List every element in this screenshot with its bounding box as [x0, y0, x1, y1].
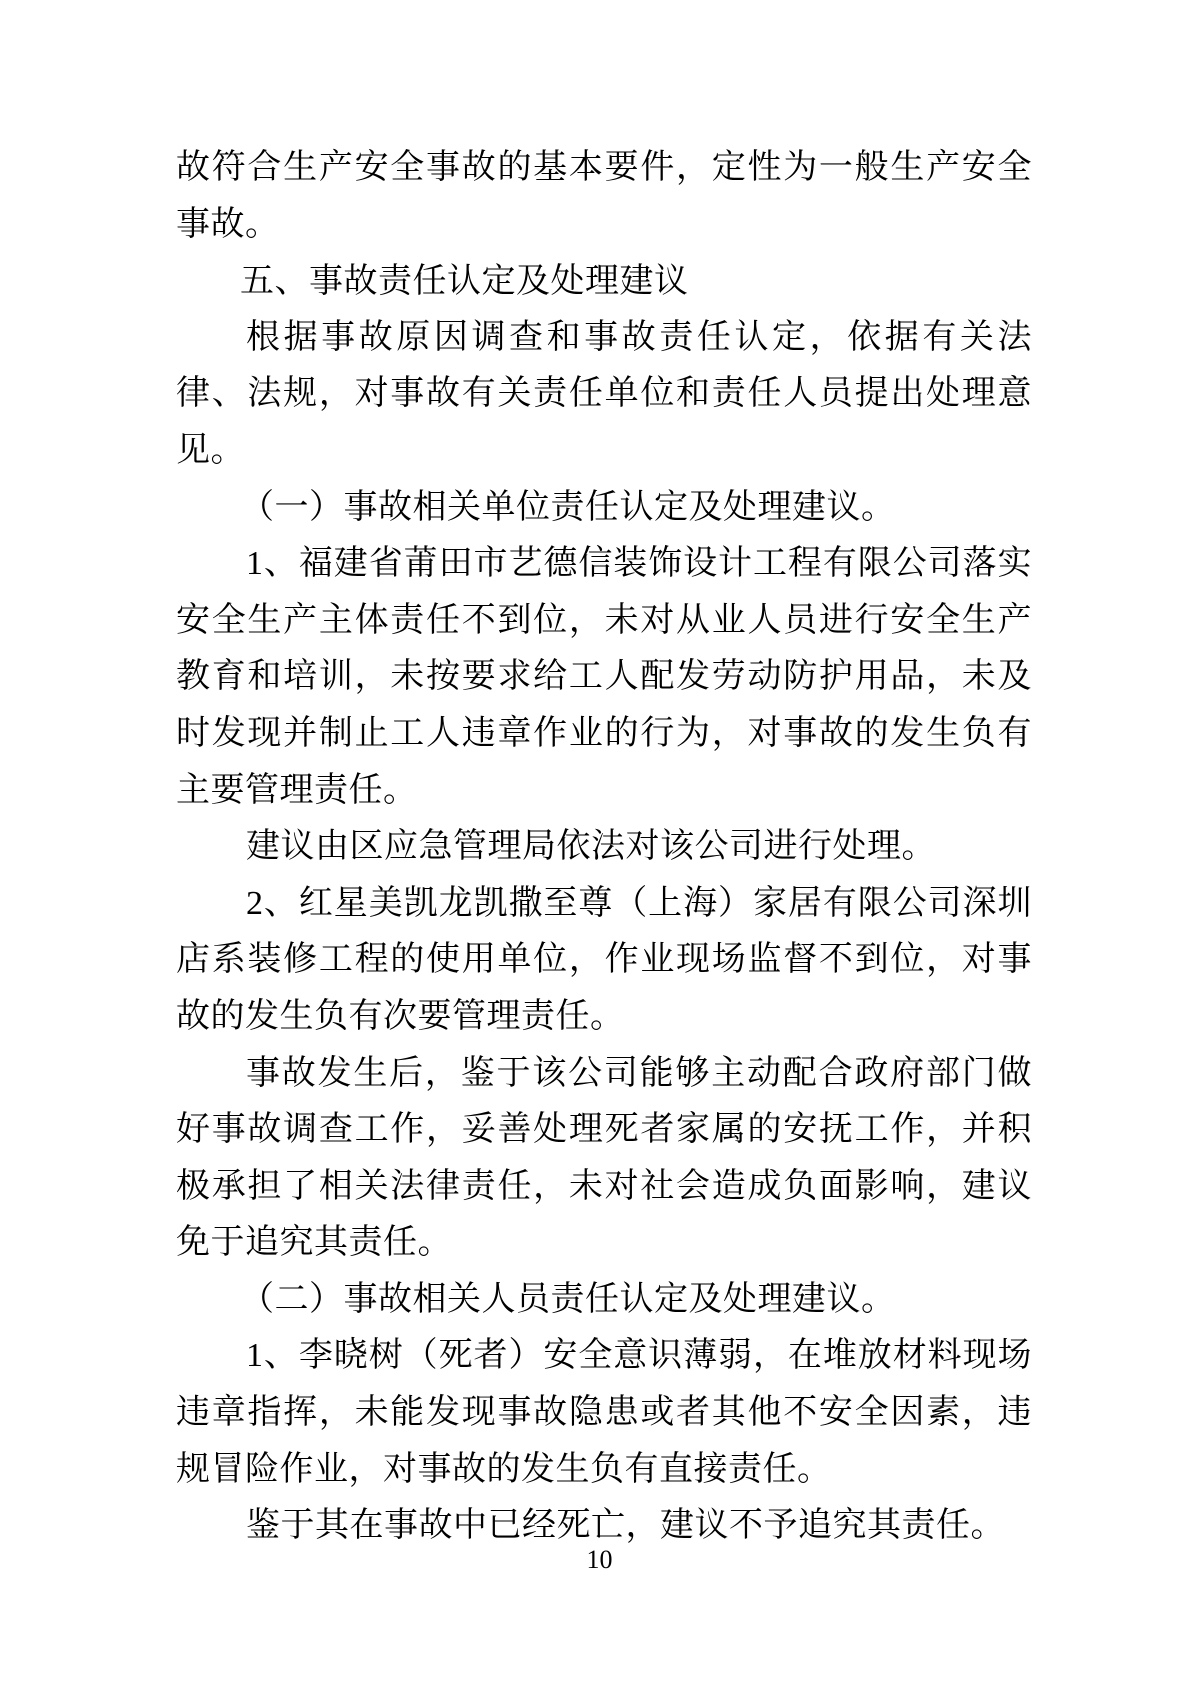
page-number: 10	[0, 1545, 1199, 1575]
paragraph: 事故发生后，鉴于该公司能够主动配合政府部门做好事故调查工作，妥善处理死者家属的安…	[176, 1046, 1032, 1272]
sub-heading-unit-responsibility: （一）事故相关单位责任认定及处理建议。	[176, 480, 1032, 537]
document-body: 故符合生产安全事故的基本要件，定性为一般生产安全事故。 五、事故责任认定及处理建…	[176, 140, 1032, 1555]
document-page: 故符合生产安全事故的基本要件，定性为一般生产安全事故。 五、事故责任认定及处理建…	[0, 0, 1199, 1696]
paragraph-continuation: 故符合生产安全事故的基本要件，定性为一般生产安全事故。	[176, 140, 1032, 253]
paragraph: 建议由区应急管理局依法对该公司进行处理。	[176, 819, 1032, 876]
paragraph: 1、福建省莆田市艺德信装饰设计工程有限公司落实安全生产主体责任不到位，未对从业人…	[176, 536, 1032, 819]
paragraph: 根据事故原因调查和事故责任认定，依据有关法律、法规，对事故有关责任单位和责任人员…	[176, 310, 1032, 480]
paragraph: 2、红星美凯龙凯撒至尊（上海）家居有限公司深圳店系装修工程的使用单位，作业现场监…	[176, 876, 1032, 1046]
section-heading: 五、事故责任认定及处理建议	[176, 253, 1032, 310]
sub-heading-personnel-responsibility: （二）事故相关人员责任认定及处理建议。	[176, 1272, 1032, 1329]
paragraph: 1、李晓树（死者）安全意识薄弱，在堆放材料现场违章指挥，未能发现事故隐患或者其他…	[176, 1328, 1032, 1498]
